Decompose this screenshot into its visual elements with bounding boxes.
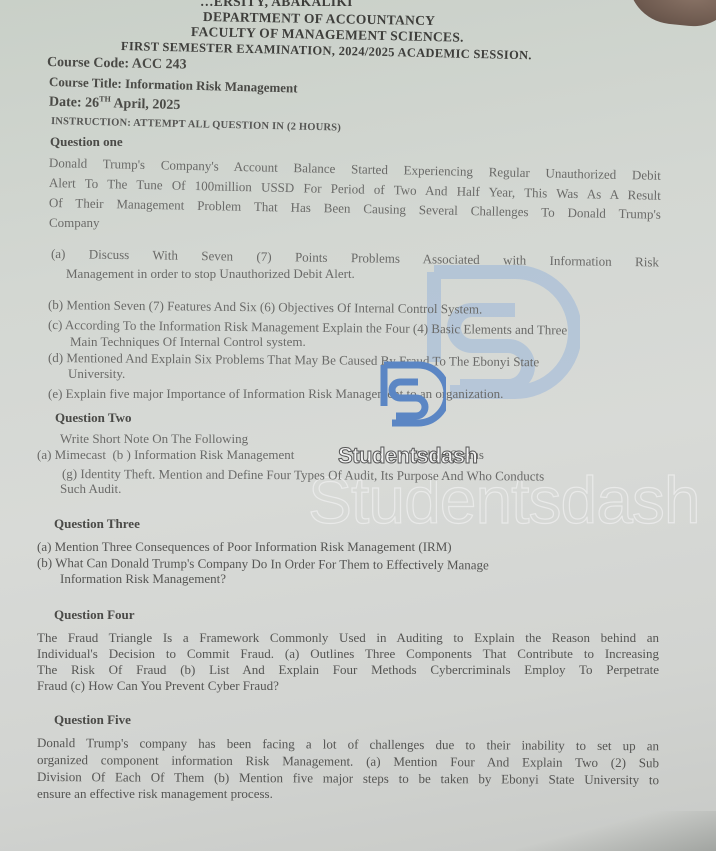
q4-line: The Risk Of Fraud (b) List And Explain F… [37,662,659,678]
q1-part-c-cont: Main Techniques Of Internal Control syst… [70,334,306,350]
q1-intro-line: Company [49,215,100,231]
question-two-heading: Question Two [55,410,131,426]
q3-part-b-cont: Information Risk Management? [60,571,226,587]
q2-part-g-cont: Such Audit. [60,481,121,497]
q2-intro: Write Short Note On The Following [60,431,248,447]
shadow [516,811,716,851]
q1-part-d-cont: University. [68,366,125,382]
question-one-heading: Question one [50,134,123,150]
q4-line: Fraud (c) How Can You Prevent Cyber Frau… [37,678,279,694]
watermark-brand-text: Studentsdash [338,443,477,469]
finger-occlusion [624,0,716,31]
studentsdash-small-logo-icon [378,360,446,428]
exam-date: Date: 26TH April, 2025 [49,93,181,114]
q4-line: The Fraud Triangle Is a Framework Common… [37,630,659,646]
course-code: Course Code: ACC 243 [47,55,187,73]
q1-part-b: (b) Mention Seven (7) Features And Six (… [48,297,482,318]
question-five-heading: Question Five [54,712,131,728]
q1-part-a-cont: Management in order to stop Unauthorized… [66,266,355,282]
q3-part-a: (a) Mention Three Consequences of Poor I… [37,539,452,555]
question-four-heading: Question Four [54,607,135,623]
q5-line: ensure an effective risk management proc… [37,786,273,802]
q5-line: Donald Trump's company has been facing a… [37,735,659,754]
q4-line: Individual's Decision to Commit Fraud. (… [37,646,659,662]
question-three-heading: Question Three [54,516,140,532]
q5-line: organized component information Risk Man… [37,752,659,771]
exam-paper: Studentsdash …ERSITY, ABAKALIKI DEPARTME… [0,0,716,851]
instruction: INSTRUCTION: ATTEMPT ALL QUESTION IN (2 … [51,116,341,134]
